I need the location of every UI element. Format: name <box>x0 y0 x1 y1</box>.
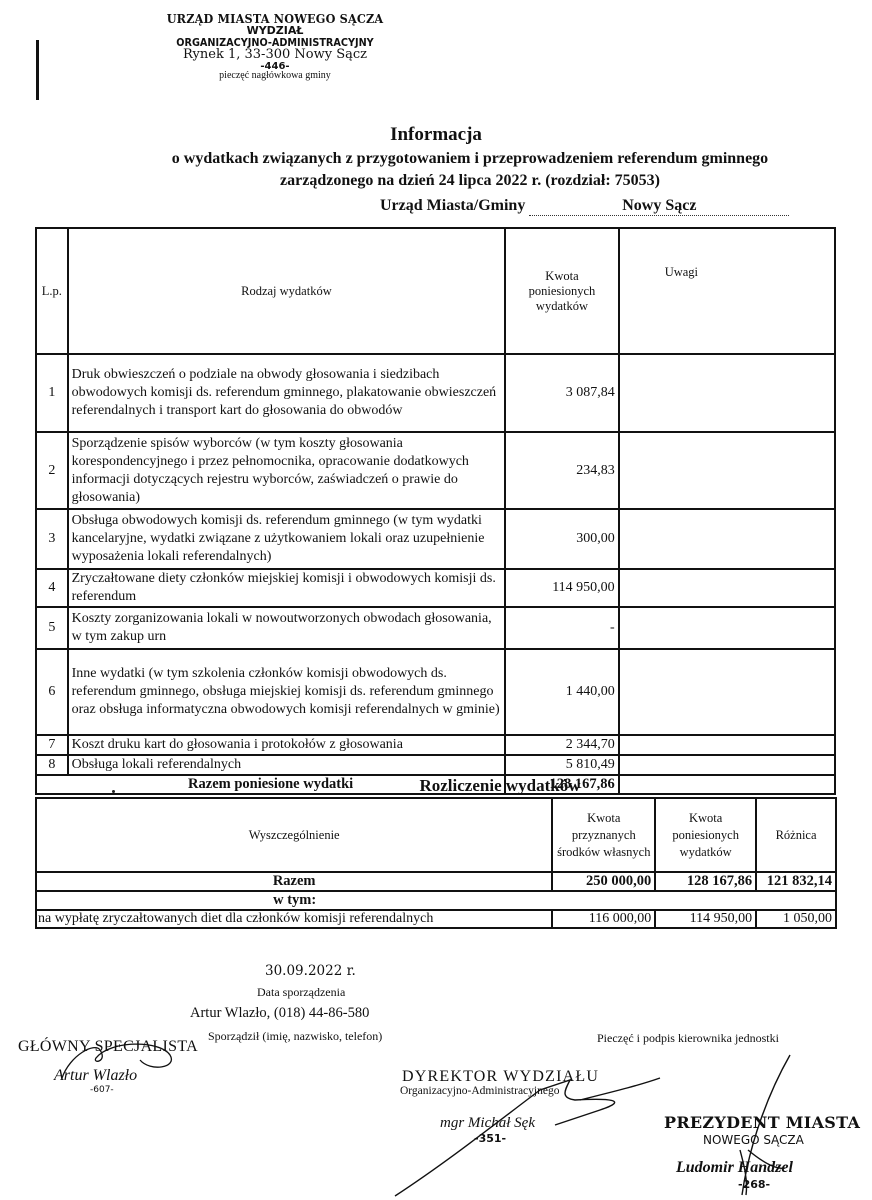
settlement-including-row: w tym: <box>36 891 836 910</box>
director-stamp-number: -351- <box>474 1132 506 1145</box>
settlement-title: Rozliczenie wydatków <box>0 776 872 796</box>
date-label: Data sporządzenia <box>257 985 345 1000</box>
office-value: Nowy Sącz <box>529 197 789 216</box>
expense-description: Druk obwieszczeń o podziale na obwody gł… <box>68 354 506 432</box>
document-title: Informacja <box>0 124 872 146</box>
including-empty-1 <box>552 891 655 910</box>
office-label: Urząd Miasta/Gminy <box>380 197 525 215</box>
expense-notes <box>619 569 835 607</box>
date-value: 30.09.2022 r. <box>265 963 356 979</box>
settlement-total-granted: 250 000,00 <box>552 872 655 891</box>
director-stamp-title: DYREKTOR WYDZIAŁU <box>402 1068 599 1086</box>
expense-notes <box>619 607 835 649</box>
expense-lp: 5 <box>36 607 68 649</box>
expense-row: 6Inne wydatki (w tym szkolenia członków … <box>36 649 835 735</box>
stamp-office-name: URZĄD MIASTA NOWEGO SĄCZA <box>163 12 388 25</box>
mayor-stamp-number: -268- <box>738 1178 770 1191</box>
expense-lp: 7 <box>36 735 68 755</box>
expense-lp: 8 <box>36 755 68 775</box>
header-item: Wyszczególnienie <box>36 798 552 872</box>
settlement-total-label: Razem <box>36 872 552 891</box>
specialist-stamp-name: Artur Wlazło <box>54 1067 137 1085</box>
expense-description: Inne wydatki (w tym szkolenia członków k… <box>68 649 506 735</box>
settlement-header-row: Wyszczególnienie Kwota przyznanych środk… <box>36 798 836 872</box>
mayor-stamp-name: Ludomir Handzel <box>676 1159 793 1177</box>
header-notes: Uwagi <box>619 228 835 354</box>
office-line: Urząd Miasta/GminyNowy Sącz <box>380 197 789 216</box>
specialist-stamp-number: -607- <box>90 1085 114 1095</box>
expense-lp: 2 <box>36 432 68 509</box>
prepared-by-value: Artur Wlazło, (018) 44-86-580 <box>190 1005 369 1022</box>
expense-notes <box>619 354 835 432</box>
expenses-header-row: L.p. Rodzaj wydatków Kwota poniesionych … <box>36 228 835 354</box>
expense-description: Koszty zorganizowania lokali w nowoutwor… <box>68 607 506 649</box>
expense-amount: - <box>505 607 618 649</box>
expense-amount: 1 440,00 <box>505 649 618 735</box>
specialist-stamp-title: GŁÓWNY SPECJALISTA <box>18 1038 198 1056</box>
expense-row: 4Zryczałtowane diety członków miejskiej … <box>36 569 835 607</box>
expense-amount: 2 344,70 <box>505 735 618 755</box>
header-type: Rodzaj wydatków <box>68 228 506 354</box>
including-empty-2 <box>655 891 756 910</box>
expense-amount: 3 087,84 <box>505 354 618 432</box>
expenses-table: L.p. Rodzaj wydatków Kwota poniesionych … <box>35 227 836 795</box>
expense-row: 2Sporządzenie spisów wyborców (w tym kos… <box>36 432 835 509</box>
header-diff: Różnica <box>756 798 836 872</box>
expense-description: Sporządzenie spisów wyborców (w tym kosz… <box>68 432 506 509</box>
detail-diff: 1 050,00 <box>756 910 836 928</box>
expense-lp: 1 <box>36 354 68 432</box>
detail-label: na wypłatę zryczałtowanych diet dla czło… <box>36 910 552 928</box>
header-granted: Kwota przyznanych środków własnych <box>552 798 655 872</box>
detail-spent: 114 950,00 <box>655 910 756 928</box>
stamp-caption: pieczęć nagłówkowa gminy <box>150 71 400 82</box>
expense-notes <box>619 509 835 569</box>
stamp-margin-mark <box>36 40 39 100</box>
expense-row: 7Koszt druku kart do głosowania i protok… <box>36 735 835 755</box>
settlement-total-row: Razem 250 000,00 128 167,86 121 832,14 <box>36 872 836 891</box>
stamp-address: Rynek 1, 33-300 Nowy Sącz <box>150 48 400 62</box>
settlement-total-diff: 121 832,14 <box>756 872 836 891</box>
expense-amount: 114 950,00 <box>505 569 618 607</box>
expense-notes <box>619 649 835 735</box>
settlement-table: Wyszczególnienie Kwota przyznanych środk… <box>35 797 837 929</box>
director-stamp-subtitle: Organizacyjno-Administracyjnego <box>400 1085 559 1097</box>
header-lp: L.p. <box>36 228 68 354</box>
settlement-detail-row: na wypłatę zryczałtowanych diet dla czło… <box>36 910 836 928</box>
expense-row: 5Koszty zorganizowania lokali w nowoutwo… <box>36 607 835 649</box>
expense-lp: 3 <box>36 509 68 569</box>
expense-notes <box>619 735 835 755</box>
subtitle-line-1: o wydatkach związanych z przygotowaniem … <box>0 148 872 170</box>
mayor-stamp-subtitle: NOWEGO SĄCZA <box>703 1133 804 1147</box>
header-spent: Kwota poniesionych wydatków <box>655 798 756 872</box>
expense-notes <box>619 432 835 509</box>
director-stamp-name: mgr Michał Sęk <box>440 1115 535 1132</box>
expense-description: Zryczałtowane diety członków miejskiej k… <box>68 569 506 607</box>
expense-lp: 4 <box>36 569 68 607</box>
expense-description: Koszt druku kart do głosowania i protoko… <box>68 735 506 755</box>
expense-amount: 234,83 <box>505 432 618 509</box>
expense-row: 3Obsługa obwodowych komisji ds. referend… <box>36 509 835 569</box>
expense-description: Obsługa obwodowych komisji ds. referendu… <box>68 509 506 569</box>
expense-amount: 5 810,49 <box>505 755 618 775</box>
head-signature-label: Pieczęć i podpis kierownika jednostki <box>597 1031 779 1046</box>
mayor-stamp-title: PREZYDENT MIASTA <box>664 1113 860 1132</box>
settlement-total-spent: 128 167,86 <box>655 872 756 891</box>
expense-amount: 300,00 <box>505 509 618 569</box>
document-subtitle: o wydatkach związanych z przygotowaniem … <box>0 148 872 192</box>
including-empty-3 <box>756 891 836 910</box>
including-label: w tym: <box>36 891 552 910</box>
expense-lp: 6 <box>36 649 68 735</box>
prepared-by-label: Sporządził (imię, nazwisko, telefon) <box>208 1029 382 1044</box>
expense-row: 8Obsługa lokali referendalnych5 810,49 <box>36 755 835 775</box>
expense-notes <box>619 755 835 775</box>
subtitle-line-2: zarządzonego na dzień 24 lipca 2022 r. (… <box>0 170 872 192</box>
header-stamp: URZĄD MIASTA NOWEGO SĄCZA WYDZIAŁ ORGANI… <box>150 12 400 81</box>
detail-granted: 116 000,00 <box>552 910 655 928</box>
stamp-department-name: ORGANIZACYJNO-ADMINISTRACYJNY <box>165 37 385 49</box>
header-amount: Kwota poniesionych wydatków <box>505 228 618 354</box>
expense-row: 1Druk obwieszczeń o podziale na obwody g… <box>36 354 835 432</box>
expense-description: Obsługa lokali referendalnych <box>68 755 506 775</box>
